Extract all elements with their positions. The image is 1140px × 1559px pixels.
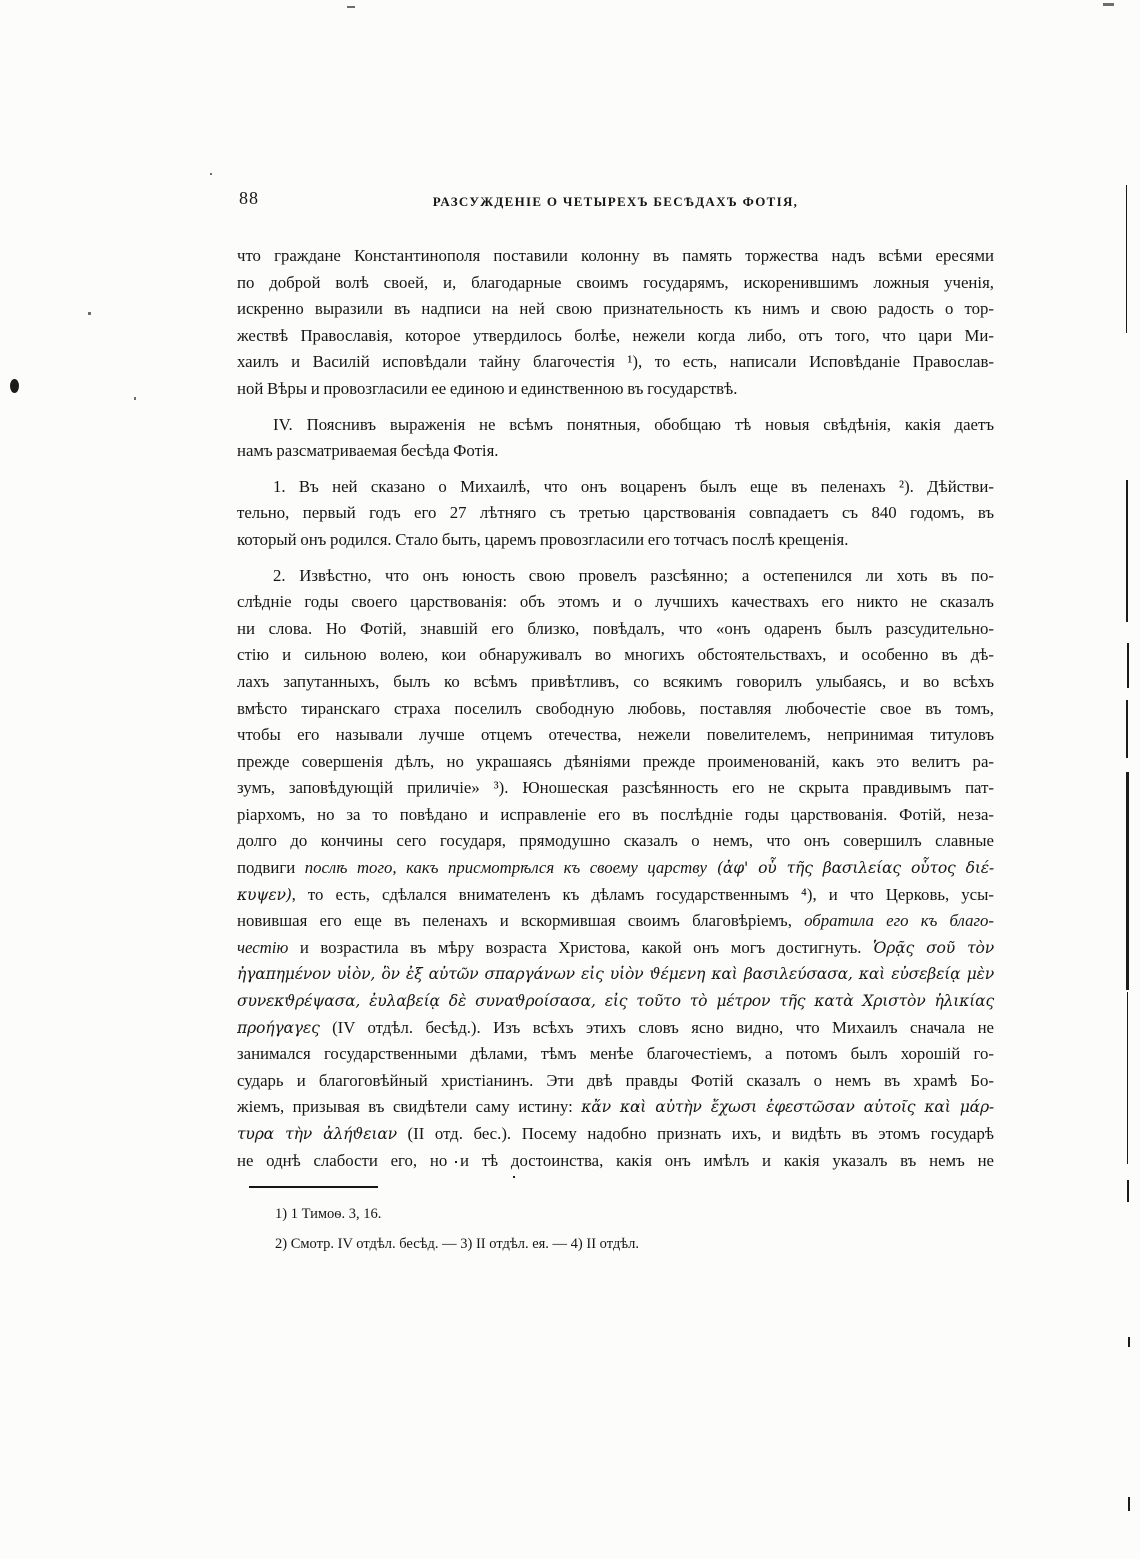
paragraph-3: 1. Въ ней сказано о Михаилѣ, что онъ воц… [237, 474, 994, 554]
text-line: ἠγαπημένον υἱὸν, ὃν ἐξ αὐτῶν σπαργάνων ε… [237, 961, 994, 988]
text-line: IV. Пояснивъ выраженія не всѣмъ понятныя… [237, 412, 994, 439]
book-page-scan: 88 РАЗСУЖДЕНІЕ О ЧЕТЫРЕХЪ БЕСѢДАХЪ ФОТІЯ… [0, 0, 1140, 1559]
footnote-2: 2) Смотр. IV отдѣл. бесѣд. — 3) II отдѣл… [237, 1229, 994, 1259]
running-title: РАЗСУЖДЕНІЕ О ЧЕТЫРЕХЪ БЕСѢДАХЪ ФОТІЯ, [237, 194, 994, 210]
text-block: что граждане Константинополя поставили к… [237, 243, 994, 1174]
footnote-1: 1) 1 Тимоѳ. 3, 16. [237, 1199, 994, 1229]
scan-artifact [1126, 700, 1128, 758]
text-line: намъ разсматриваемая бесѣда Фотія. [237, 438, 994, 465]
scan-artifact [1127, 992, 1128, 1164]
text-line: прежде совершенія дѣлъ, но украшаясь дѣя… [237, 749, 994, 776]
scan-artifact [1126, 772, 1129, 990]
scan-artifact [1126, 480, 1128, 622]
text-line: 2. Извѣстно, что онъ юность свою провелъ… [237, 563, 994, 590]
text-line: жіемъ, призывая въ свидѣтели саму истину… [237, 1094, 994, 1121]
scan-artifact [455, 1161, 457, 1163]
scan-artifact [637, 1106, 639, 1108]
text-line: лахъ запутанныхъ, былъ ко всѣмъ привѣтли… [237, 669, 994, 696]
text-line: хаилъ и Василій исповѣдали тайну благоче… [237, 349, 994, 376]
text-line: ной Вѣры и провозгласили ее единою и еди… [237, 376, 994, 403]
text-line: тельно, первый годъ его 27 лѣтняго съ тр… [237, 500, 994, 527]
text-line: жествѣ Православія, которое утвердилось … [237, 323, 994, 350]
scan-artifact [1126, 185, 1127, 333]
scan-artifact [210, 173, 212, 175]
text-line: что граждане Константинополя поставили к… [237, 243, 994, 270]
text-line: который онъ родился. Стало быть, царемъ … [237, 527, 994, 554]
scan-artifact [1103, 3, 1114, 6]
paragraph-1: что граждане Константинополя поставили к… [237, 243, 994, 403]
scan-artifact [134, 397, 136, 400]
text-line: ріархомъ, но за то повѣдано и исправлені… [237, 802, 994, 829]
paragraph-2: IV. Пояснивъ выраженія не всѣмъ понятныя… [237, 412, 994, 465]
footnote-rule [249, 1186, 378, 1188]
text-line: не однѣ слабости его, но и тѣ достоинств… [237, 1148, 994, 1175]
text-line: подвиги послѣ того, какъ присмотрѣлся къ… [237, 855, 994, 882]
footnotes: 1) 1 Тимоѳ. 3, 16. 2) Смотр. IV отдѣл. б… [237, 1199, 994, 1259]
paragraph-4: 2. Извѣстно, что онъ юность свою провелъ… [237, 563, 994, 1175]
text-line: чтобы его называли лучше отцемъ отечеств… [237, 722, 994, 749]
text-line: долго до кончины сего государя, прямодуш… [237, 828, 994, 855]
scan-artifact [88, 312, 91, 315]
scan-artifact [1128, 1497, 1130, 1511]
text-line: 1. Въ ней сказано о Михаилѣ, что онъ воц… [237, 474, 994, 501]
text-line: честію и возрастила въ мѣру возраста Хри… [237, 935, 994, 962]
scan-artifact [1127, 1180, 1129, 1202]
scan-artifact [1128, 1337, 1130, 1347]
text-line: сударь и благоговѣйный христіанинъ. Эти … [237, 1068, 994, 1095]
scan-artifact [10, 379, 19, 393]
text-line: τυρα τὴν ἀλήϑειαν (II отд. бес.). Посему… [237, 1121, 994, 1148]
text-line: занимался государственными дѣлами, тѣмъ … [237, 1041, 994, 1068]
text-line: по доброй волѣ своей, и, благодарные сво… [237, 270, 994, 297]
page-header: 88 РАЗСУЖДЕНІЕ О ЧЕТЫРЕХЪ БЕСѢДАХЪ ФОТІЯ… [237, 188, 994, 214]
text-line: κυψεν), то есть, сдѣлался внимателенъ къ… [237, 882, 994, 909]
scan-artifact [513, 1176, 515, 1178]
text-line: συνεκϑρέψασα, ἐυλαβείᾳ δὲ συναϑροίσασα, … [237, 988, 994, 1015]
text-line: слѣдніе годы своего царствованія: объ эт… [237, 589, 994, 616]
text-line: вмѣсто тиранскаго страха поселилъ свобод… [237, 696, 994, 723]
text-line: стію и сильною волею, кои обнаруживалъ в… [237, 642, 994, 669]
text-line: искренно выразили въ надписи на ней свою… [237, 296, 994, 323]
scan-artifact [347, 6, 355, 8]
text-line: προήγαγες (IV отдѣл. бесѣд.). Изъ всѣхъ … [237, 1015, 994, 1042]
text-line: зумъ, заповѣдующій приличіе» ³). Юношеск… [237, 775, 994, 802]
text-line: ни слова. Но Фотій, знавшій его близко, … [237, 616, 994, 643]
text-line: новившая его еще въ пеленахъ и вскормивш… [237, 908, 994, 935]
scan-artifact [1127, 643, 1129, 688]
